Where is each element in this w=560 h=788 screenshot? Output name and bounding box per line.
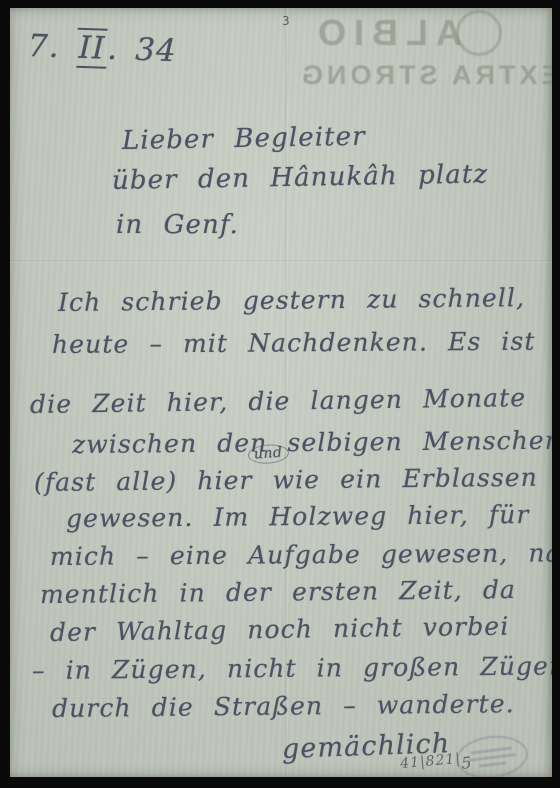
body-line: zwischen den selbigen Menschen [72,426,552,459]
body-line: durch die Straßen – wanderte. [52,689,515,723]
body-line: heute – mit Nachdenken. Es ist [52,327,536,359]
date-month-roman: II [76,28,108,69]
date-day: 7. [27,28,60,65]
stamp-text-row [479,761,507,767]
stamp-text-row [470,746,512,754]
interlinear-insertion: und [247,443,289,465]
verso-watermark-grade: EXTRA STRONG [298,60,552,91]
body-line: mentlich in der ersten Zeit, da [40,575,516,609]
date-year: . 34 [107,31,178,69]
verso-watermark-logo-ring [456,10,502,56]
handwritten-date: 7. II. 34 [27,28,177,69]
letter-sheet: ALBIO EXTRA STRONG 3 7. II. 34 Lieber Be… [10,8,552,777]
pencil-number-main: 41|821| [400,751,462,772]
body-line: die Zeit hier, die langen Monate [30,383,527,419]
stamp-text-row [468,753,516,762]
verso-watermark-brand: ALBIO [310,12,462,54]
salutation-line: über den Hânukâh platz [112,159,489,196]
body-line: (fast alle) hier wie ein Erblassen [34,463,538,497]
horizontal-fold-crease [10,260,552,263]
body-line: mich – eine Aufgabe gewesen, na,, [50,538,552,571]
body-line: der Wahltag noch nicht vorbei [50,612,510,647]
body-line: gewesen. Im Holzweg hier, für [66,500,530,533]
body-line: Ich schrieb gestern zu schnell, [58,283,525,317]
page-number: 3 [282,14,290,28]
library-stamp [454,732,531,777]
body-line: – in Zügen, nicht in großen Zügen, [32,651,552,685]
salutation-line: Lieber Begleiter [122,122,366,156]
salutation-line: in Genf. [116,210,239,240]
